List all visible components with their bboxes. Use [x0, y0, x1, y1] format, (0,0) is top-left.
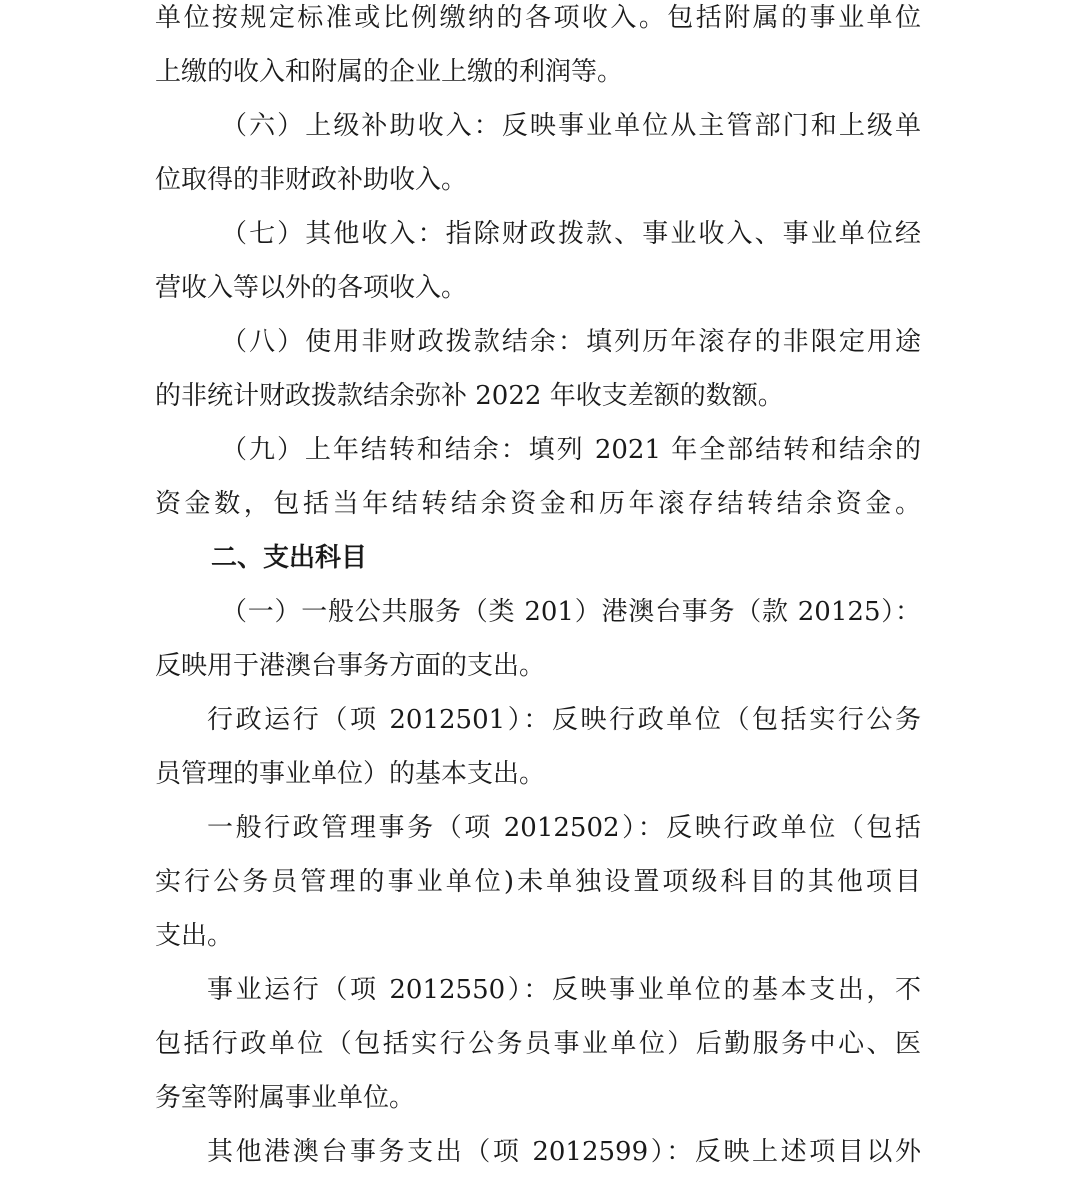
paragraph-line: 实行公务员管理的事业单位)未单独设置项级科目的其他项目 [155, 862, 921, 902]
paragraph-line-item-7: （七）其他收入：指除财政拨款、事业收入、事业单位经 [155, 214, 921, 254]
paragraph-line-subsection-1: （一）一般公共服务（类 201）港澳台事务（款 20125）： [155, 592, 921, 632]
paragraph-line-item-8: （八）使用非财政拨款结余：填列历年滚存的非限定用途 [155, 322, 921, 362]
paragraph-line: 包括行政单位（包括实行公务员事业单位）后勤服务中心、医 [155, 1024, 921, 1064]
paragraph-line: 员管理的事业单位）的基本支出。 [155, 754, 921, 794]
paragraph-line: 上缴的收入和附属的企业上缴的利润等。 [155, 52, 921, 92]
section-heading-expenditure: 二、支出科目 [155, 538, 921, 578]
paragraph-line: 资金数，包括当年结转结余资金和历年滚存结转结余资金。 [155, 484, 921, 524]
paragraph-line: 支出。 [155, 916, 921, 956]
paragraph-line: 的非统计财政拨款结余弥补 2022 年收支差额的数额。 [155, 376, 921, 416]
paragraph-line-item-2012599: 其他港澳台事务支出（项 2012599）：反映上述项目以外 [155, 1132, 921, 1172]
paragraph-line-item-2012501: 行政运行（项 2012501）：反映行政单位（包括实行公务 [155, 700, 921, 740]
paragraph-line-item-2012502: 一般行政管理事务（项 2012502）：反映行政单位（包括 [155, 808, 921, 848]
paragraph-line: 务室等附属事业单位。 [155, 1078, 921, 1118]
paragraph-line: 反映用于港澳台事务方面的支出。 [155, 646, 921, 686]
paragraph-line-item-6: （六）上级补助收入：反映事业单位从主管部门和上级单 [155, 106, 921, 146]
paragraph-line: 单位按规定标准或比例缴纳的各项收入。包括附属的事业单位 [155, 0, 921, 38]
paragraph-line: 营收入等以外的各项收入。 [155, 268, 921, 308]
paragraph-line: 位取得的非财政补助收入。 [155, 160, 921, 200]
paragraph-line-item-9: （九）上年结转和结余：填列 2021 年全部结转和结余的 [155, 430, 921, 470]
paragraph-line-item-2012550: 事业运行（项 2012550）：反映事业单位的基本支出，不 [155, 970, 921, 1010]
